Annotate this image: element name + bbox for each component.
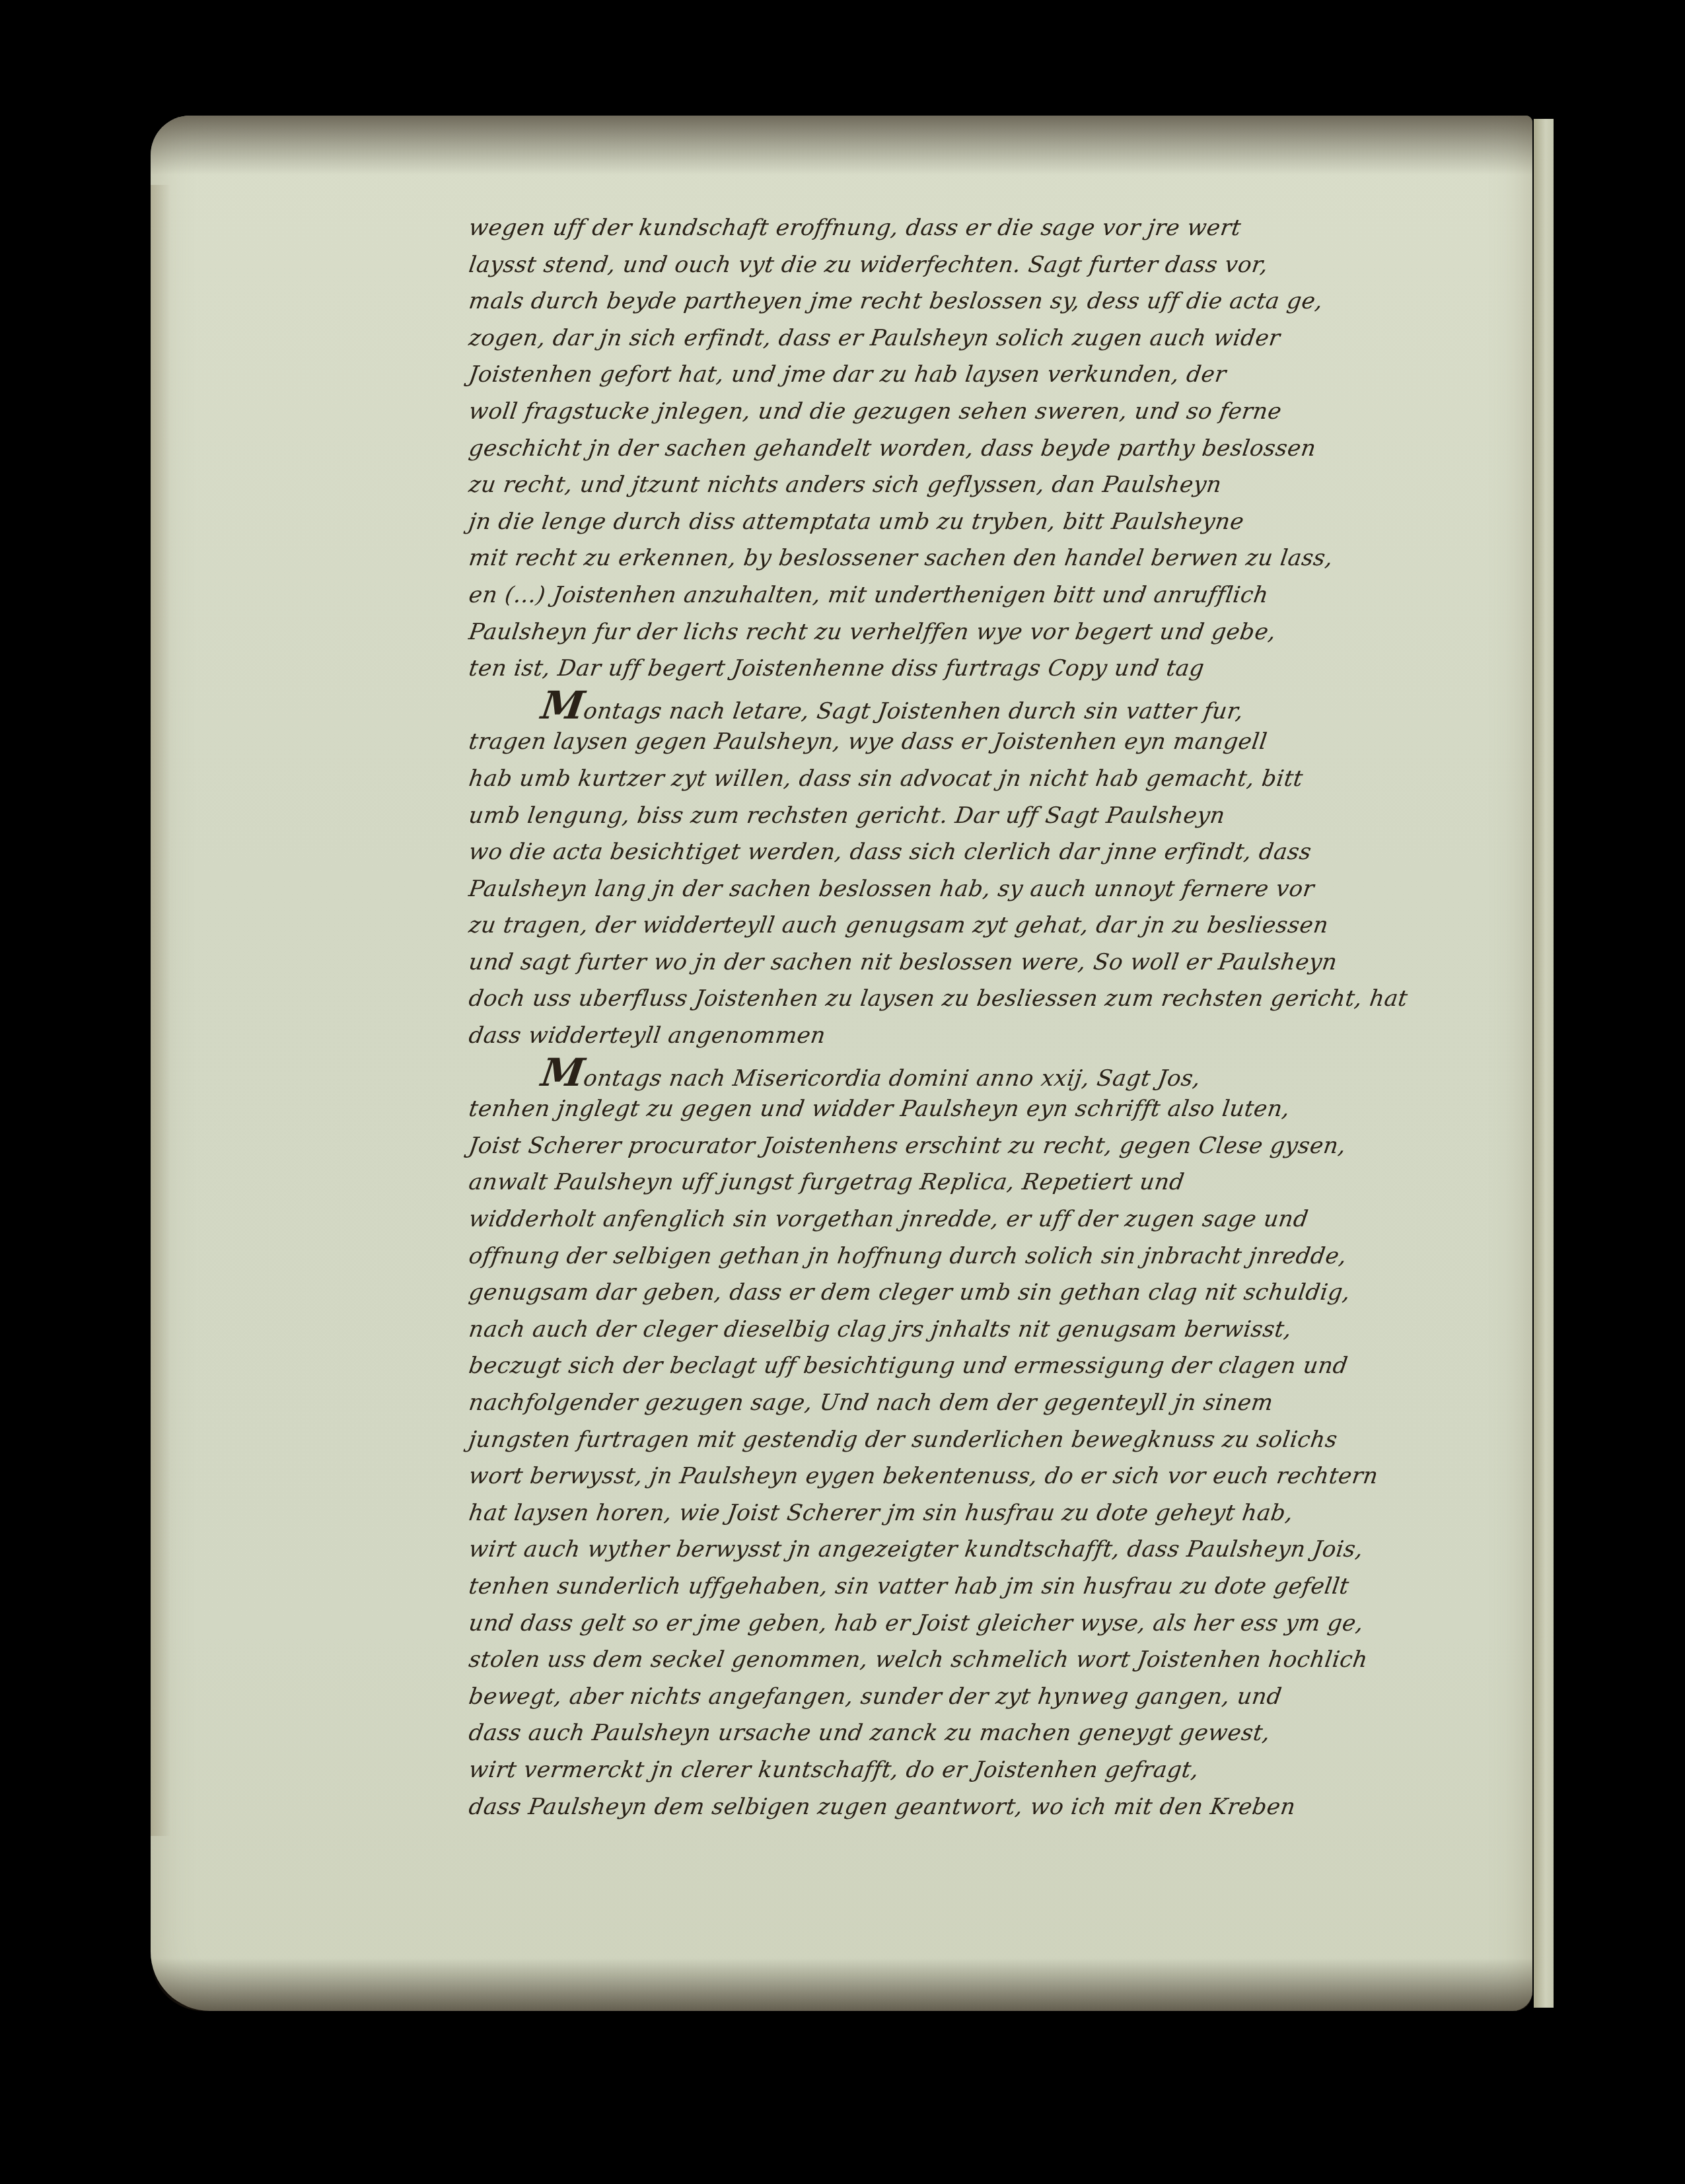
manuscript-line: tragen laysen gegen Paulsheyn, wye dass …: [466, 724, 1542, 761]
manuscript-line: dass Paulsheyn dem selbigen zugen geantw…: [466, 1789, 1542, 1826]
page-left-edge-shadow: [151, 185, 170, 1836]
manuscript-line: mals durch beyde partheyen jme recht bes…: [466, 283, 1542, 320]
manuscript-line: genugsam dar geben, dass er dem cleger u…: [466, 1275, 1542, 1312]
manuscript-line: mit recht zu erkennen, by beslossener sa…: [466, 540, 1542, 577]
manuscript-line: en (...) Joistenhen anzuhalten, mit unde…: [466, 577, 1542, 614]
manuscript-line: wort berwysst, jn Paulsheyn eygen bekent…: [466, 1458, 1542, 1495]
manuscript-line: wo die acta besichtiget werden, dass sic…: [466, 834, 1542, 871]
manuscript-line: widderholt anfenglich sin vorgethan jnre…: [466, 1201, 1542, 1238]
manuscript-line: und sagt furter wo jn der sachen nit bes…: [466, 944, 1542, 981]
manuscript-line: ten ist, Dar uff begert Joistenhenne dis…: [466, 651, 1542, 687]
manuscript-line: dass widderteyll angenommen: [466, 1018, 1542, 1055]
manuscript-line: hab umb kurtzer zyt willen, dass sin adv…: [466, 761, 1542, 798]
manuscript-line: zu recht, und jtzunt nichts anders sich …: [466, 467, 1542, 504]
manuscript-line: Paulsheyn lang jn der sachen beslossen h…: [466, 871, 1542, 908]
manuscript-line: anwalt Paulsheyn uff jungst furgetrag Re…: [466, 1164, 1542, 1201]
manuscript-line: bewegt, aber nichts angefangen, sunder d…: [466, 1679, 1542, 1716]
manuscript-line: hat laysen horen, wie Joist Scherer jm s…: [466, 1495, 1542, 1532]
manuscript-line: Joistenhen gefort hat, und jme dar zu ha…: [466, 357, 1542, 394]
manuscript-line: geschicht jn der sachen gehandelt worden…: [466, 431, 1542, 468]
manuscript-line: stolen uss dem seckel genommen, welch sc…: [466, 1642, 1542, 1679]
handwritten-text-block: wegen uff der kundschaft eroffnung, dass…: [469, 210, 1539, 1825]
manuscript-line: dass auch Paulsheyn ursache und zanck zu…: [466, 1715, 1542, 1752]
manuscript-line: wegen uff der kundschaft eroffnung, dass…: [466, 210, 1542, 247]
manuscript-line: Paulsheyn fur der lichs recht zu verhelf…: [466, 614, 1542, 651]
manuscript-line: tenhen jnglegt zu gegen und widder Pauls…: [466, 1091, 1542, 1128]
manuscript-line: jn die lenge durch diss attemptata umb z…: [466, 504, 1542, 541]
manuscript-line: wirt vermerckt jn clerer kuntschafft, do…: [466, 1752, 1542, 1789]
manuscript-line: nach auch der cleger dieselbig clag jrs …: [466, 1312, 1542, 1349]
manuscript-line: jungsten furtragen mit gestendig der sun…: [466, 1422, 1542, 1459]
manuscript-line: Montags nach Misericordia domini anno xx…: [466, 1055, 1542, 1092]
manuscript-line: laysst stend, und ouch vyt die zu widerf…: [466, 247, 1542, 284]
manuscript-line: Joist Scherer procurator Joistenhens ers…: [466, 1128, 1542, 1165]
manuscript-line: tenhen sunderlich uffgehaben, sin vatter…: [466, 1568, 1542, 1605]
manuscript-line: Montags nach letare, Sagt Joistenhen dur…: [466, 687, 1542, 724]
manuscript-line: doch uss uberfluss Joistenhen zu laysen …: [466, 981, 1542, 1018]
manuscript-line: zu tragen, der widderteyll auch genugsam…: [466, 907, 1542, 944]
manuscript-line: woll fragstucke jnlegen, und die gezugen…: [466, 394, 1542, 431]
manuscript-line: wirt auch wyther berwysst jn angezeigter…: [466, 1532, 1542, 1568]
manuscript-line: offnung der selbigen gethan jn hoffnung …: [466, 1238, 1542, 1275]
manuscript-line: nachfolgender gezugen sage, Und nach dem…: [466, 1385, 1542, 1422]
manuscript-line: und dass gelt so er jme geben, hab er Jo…: [466, 1605, 1542, 1642]
manuscript-line: zogen, dar jn sich erfindt, dass er Paul…: [466, 320, 1542, 357]
manuscript-line: beczugt sich der beclagt uff besichtigun…: [466, 1348, 1542, 1385]
manuscript-line: umb lengung, biss zum rechsten gericht. …: [466, 798, 1542, 835]
